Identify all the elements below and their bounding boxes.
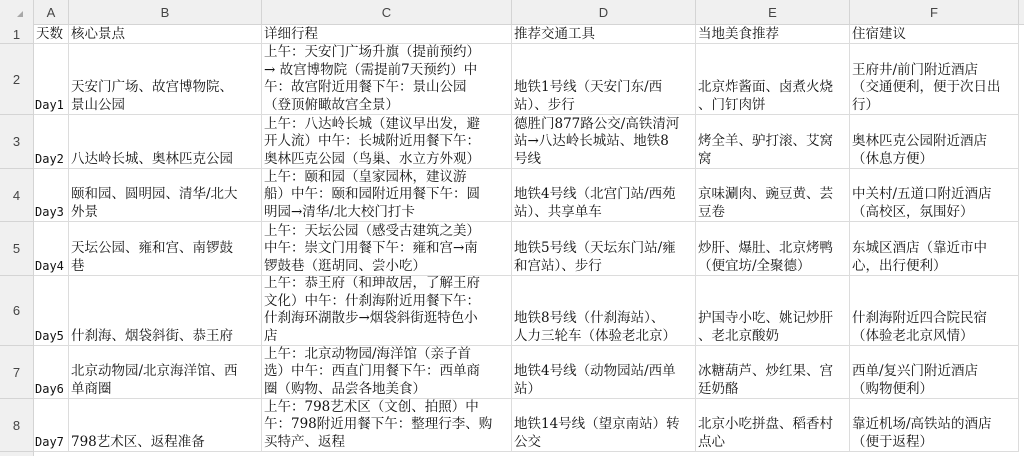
cell-text: 上午：恭王府（和珅故居，了解王府 文化）中午：什刹海附近用餐下午： 什刹海环湖散…: [264, 276, 509, 345]
cell-text: Day7: [35, 434, 66, 452]
cell-text: 靠近机场/高铁站的酒店 （便于返程）: [852, 416, 1016, 451]
column-header-f[interactable]: F: [850, 0, 1019, 25]
cell-d1[interactable]: 推荐交通工具: [512, 25, 696, 44]
cell-text: 上午：天安门广场升旗（提前预约） → 故宫博物院（需提前7天预约）中 午：故宫附…: [264, 44, 509, 114]
cell-text: 798艺术区、返程准备: [71, 434, 259, 452]
cell-b7[interactable]: 北京动物园/北京海洋馆、西 单商圈: [69, 346, 262, 399]
cell-text: 地铁1号线（天安门东/西 站）、步行: [514, 79, 693, 114]
cell-e6[interactable]: 护国寺小吃、姚记炒肝 、老北京酸奶: [696, 276, 850, 346]
cell-e2[interactable]: 北京炸酱面、卤煮火烧 、门钉肉饼: [696, 44, 850, 115]
cell-e4[interactable]: 京味涮肉、豌豆黄、芸 豆卷: [696, 169, 850, 222]
cell-c8[interactable]: 上午：798艺术区（文创、拍照）中 午：798附近用餐下午：整理行李、购 买特产…: [262, 399, 512, 452]
spreadsheet-grid: A B C D E F 1 天数 核心景点 详细行程 推荐交通工具 当地美食推荐…: [0, 0, 1024, 456]
cell-text: 北京炸酱面、卤煮火烧 、门钉肉饼: [698, 79, 847, 114]
cell-a4[interactable]: Day3: [34, 169, 69, 222]
cell-f2[interactable]: 王府井/前门附近酒店 （交通便利，便于次日出 行）: [850, 44, 1019, 115]
cell-a5[interactable]: Day4: [34, 222, 69, 276]
cell-a6[interactable]: Day5: [34, 276, 69, 346]
cell-text: 炒肝、爆肚、北京烤鸭 （便宜坊/全聚德）: [698, 240, 847, 275]
cell-text: 上午：天坛公园（感受古建筑之美） 中午：崇文门用餐下午：雍和宫→南 锣鼓巷（逛胡…: [264, 223, 509, 276]
row-header-1[interactable]: 1: [0, 25, 34, 44]
cell-f3[interactable]: 奥林匹克公园附近酒店 （休息方便）: [850, 115, 1019, 169]
cell-text: Day3: [35, 204, 66, 222]
row-header-6[interactable]: 6: [0, 276, 34, 346]
cell-text: 北京小吃拼盘、稻香村 点心: [698, 416, 847, 451]
cell-text: 北京动物园/北京海洋馆、西 单商圈: [71, 363, 259, 398]
cell-text: 地铁14号线（望京南站）转 公交: [514, 416, 693, 451]
cell-d8[interactable]: 地铁14号线（望京南站）转 公交: [512, 399, 696, 452]
cell-text: 天坛公园、雍和宫、南锣鼓 巷: [71, 240, 259, 275]
cell-text: 上午：颐和园（皇家园林，建议游 船）中午：颐和园附近用餐下午：圆 明园→清华/北…: [264, 169, 509, 221]
column-header-a[interactable]: A: [34, 0, 69, 25]
row-header-8[interactable]: 8: [0, 399, 34, 452]
select-all-corner[interactable]: [0, 0, 34, 25]
cell-text: 王府井/前门附近酒店 （交通便利，便于次日出 行）: [852, 62, 1016, 115]
cell-text: 推荐交通工具: [514, 26, 693, 44]
cell-c1[interactable]: 详细行程: [262, 25, 512, 44]
cell-b5[interactable]: 天坛公园、雍和宫、南锣鼓 巷: [69, 222, 262, 276]
cell-c6[interactable]: 上午：恭王府（和珅故居，了解王府 文化）中午：什刹海附近用餐下午： 什刹海环湖散…: [262, 276, 512, 346]
cell-a7[interactable]: Day6: [34, 346, 69, 399]
row-header-9-partial[interactable]: [0, 452, 34, 456]
column-header-d[interactable]: D: [512, 0, 696, 25]
row-header-7[interactable]: 7: [0, 346, 34, 399]
cell-e8[interactable]: 北京小吃拼盘、稻香村 点心: [696, 399, 850, 452]
cell-text: 当地美食推荐: [698, 26, 847, 44]
cell-text: 冰糖葫芦、炒红果、宫 廷奶酪: [698, 363, 847, 398]
cell-d3[interactable]: 德胜门877路公交/高铁清河 站→八达岭长城站、地铁8 号线: [512, 115, 696, 169]
cell-text: 地铁5号线（天坛东门站/雍 和宫站）、步行: [514, 240, 693, 275]
cell-a2[interactable]: Day1: [34, 44, 69, 115]
cell-b1[interactable]: 核心景点: [69, 25, 262, 44]
column-header-b[interactable]: B: [69, 0, 262, 25]
cell-d4[interactable]: 地铁4号线（北宫门站/西苑 站）、共享单车: [512, 169, 696, 222]
cell-b3[interactable]: 八达岭长城、奥林匹克公园: [69, 115, 262, 169]
cell-text: 烤全羊、驴打滚、艾窝 窝: [698, 133, 847, 168]
cell-text: 上午：北京动物园/海洋馆（亲子首 选）中午：西直门用餐下午：西单商 圈（购物、品…: [264, 346, 509, 398]
cell-text: 地铁8号线（什刹海站）、 人力三轮车（体验老北京）: [514, 310, 693, 345]
cell-text: 八达岭长城、奥林匹克公园: [71, 151, 259, 169]
cell-e7[interactable]: 冰糖葫芦、炒红果、宫 廷奶酪: [696, 346, 850, 399]
column-header-e[interactable]: E: [696, 0, 850, 25]
cell-f4[interactable]: 中关村/五道口附近酒店 （高校区，氛围好）: [850, 169, 1019, 222]
cell-text: Day6: [35, 381, 66, 399]
cell-text: Day5: [35, 328, 66, 346]
select-all-triangle-icon: [17, 11, 23, 17]
cell-e5[interactable]: 炒肝、爆肚、北京烤鸭 （便宜坊/全聚德）: [696, 222, 850, 276]
cell-text: 京味涮肉、豌豆黄、芸 豆卷: [698, 186, 847, 221]
cell-e3[interactable]: 烤全羊、驴打滚、艾窝 窝: [696, 115, 850, 169]
cell-f8[interactable]: 靠近机场/高铁站的酒店 （便于返程）: [850, 399, 1019, 452]
cell-text: 上午：798艺术区（文创、拍照）中 午：798附近用餐下午：整理行李、购 买特产…: [264, 399, 509, 451]
row-header-2[interactable]: 2: [0, 44, 34, 115]
cell-text: Day1: [35, 97, 66, 115]
cell-a3[interactable]: Day2: [34, 115, 69, 169]
cell-c5[interactable]: 上午：天坛公园（感受古建筑之美） 中午：崇文门用餐下午：雍和宫→南 锣鼓巷（逛胡…: [262, 222, 512, 276]
cell-d7[interactable]: 地铁4号线（动物园站/西单 站）: [512, 346, 696, 399]
column-header-c[interactable]: C: [262, 0, 512, 25]
cell-text: 天安门广场、故宫博物院、 景山公园: [71, 79, 259, 114]
cell-text: 德胜门877路公交/高铁清河 站→八达岭长城站、地铁8 号线: [514, 116, 693, 169]
cell-c3[interactable]: 上午：八达岭长城（建议早出发，避 开人流）中午：长城附近用餐下午： 奥林匹克公园…: [262, 115, 512, 169]
cell-c7[interactable]: 上午：北京动物园/海洋馆（亲子首 选）中午：西直门用餐下午：西单商 圈（购物、品…: [262, 346, 512, 399]
cell-text: 上午：八达岭长城（建议早出发，避 开人流）中午：长城附近用餐下午： 奥林匹克公园…: [264, 116, 509, 169]
cell-e1[interactable]: 当地美食推荐: [696, 25, 850, 44]
cell-text: 什刹海附近四合院民宿 （体验老北京风情）: [852, 310, 1016, 345]
row-header-5[interactable]: 5: [0, 222, 34, 276]
cell-d5[interactable]: 地铁5号线（天坛东门站/雍 和宫站）、步行: [512, 222, 696, 276]
cell-d6[interactable]: 地铁8号线（什刹海站）、 人力三轮车（体验老北京）: [512, 276, 696, 346]
cell-f1[interactable]: 住宿建议: [850, 25, 1019, 44]
cell-text: 东城区酒店（靠近市中 心，出行便利）: [852, 240, 1016, 275]
cell-text: 天数: [36, 26, 66, 44]
cell-text: 西单/复兴门附近酒店 （购物便利）: [852, 363, 1016, 398]
cell-text: 颐和园、圆明园、清华/北大 外景: [71, 186, 259, 221]
cell-b8[interactable]: 798艺术区、返程准备: [69, 399, 262, 452]
cell-d2[interactable]: 地铁1号线（天安门东/西 站）、步行: [512, 44, 696, 115]
cell-b6[interactable]: 什刹海、烟袋斜街、恭王府: [69, 276, 262, 346]
cell-a1[interactable]: 天数: [34, 25, 69, 44]
cell-text: 详细行程: [264, 26, 509, 44]
row-header-4[interactable]: 4: [0, 169, 34, 222]
cell-text: 什刹海、烟袋斜街、恭王府: [71, 328, 259, 346]
cell-c2[interactable]: 上午：天安门广场升旗（提前预约） → 故宫博物院（需提前7天预约）中 午：故宫附…: [262, 44, 512, 115]
cell-text: Day4: [35, 258, 66, 276]
cell-f5[interactable]: 东城区酒店（靠近市中 心，出行便利）: [850, 222, 1019, 276]
row-header-3[interactable]: 3: [0, 115, 34, 169]
cell-b2[interactable]: 天安门广场、故宫博物院、 景山公园: [69, 44, 262, 115]
cell-text: 地铁4号线（动物园站/西单 站）: [514, 363, 693, 398]
cell-text: 地铁4号线（北宫门站/西苑 站）、共享单车: [514, 186, 693, 221]
cell-text: 住宿建议: [852, 26, 1016, 44]
cell-text: Day2: [35, 151, 66, 169]
cell-text: 中关村/五道口附近酒店 （高校区，氛围好）: [852, 186, 1016, 221]
cell-b4[interactable]: 颐和园、圆明园、清华/北大 外景: [69, 169, 262, 222]
cell-f7[interactable]: 西单/复兴门附近酒店 （购物便利）: [850, 346, 1019, 399]
cell-text: 核心景点: [71, 26, 259, 44]
cell-c4[interactable]: 上午：颐和园（皇家园林，建议游 船）中午：颐和园附近用餐下午：圆 明园→清华/北…: [262, 169, 512, 222]
cell-a8[interactable]: Day7: [34, 399, 69, 452]
cell-f6[interactable]: 什刹海附近四合院民宿 （体验老北京风情）: [850, 276, 1019, 346]
cell-text: 奥林匹克公园附近酒店 （休息方便）: [852, 133, 1016, 168]
cell-text: 护国寺小吃、姚记炒肝 、老北京酸奶: [698, 310, 847, 345]
